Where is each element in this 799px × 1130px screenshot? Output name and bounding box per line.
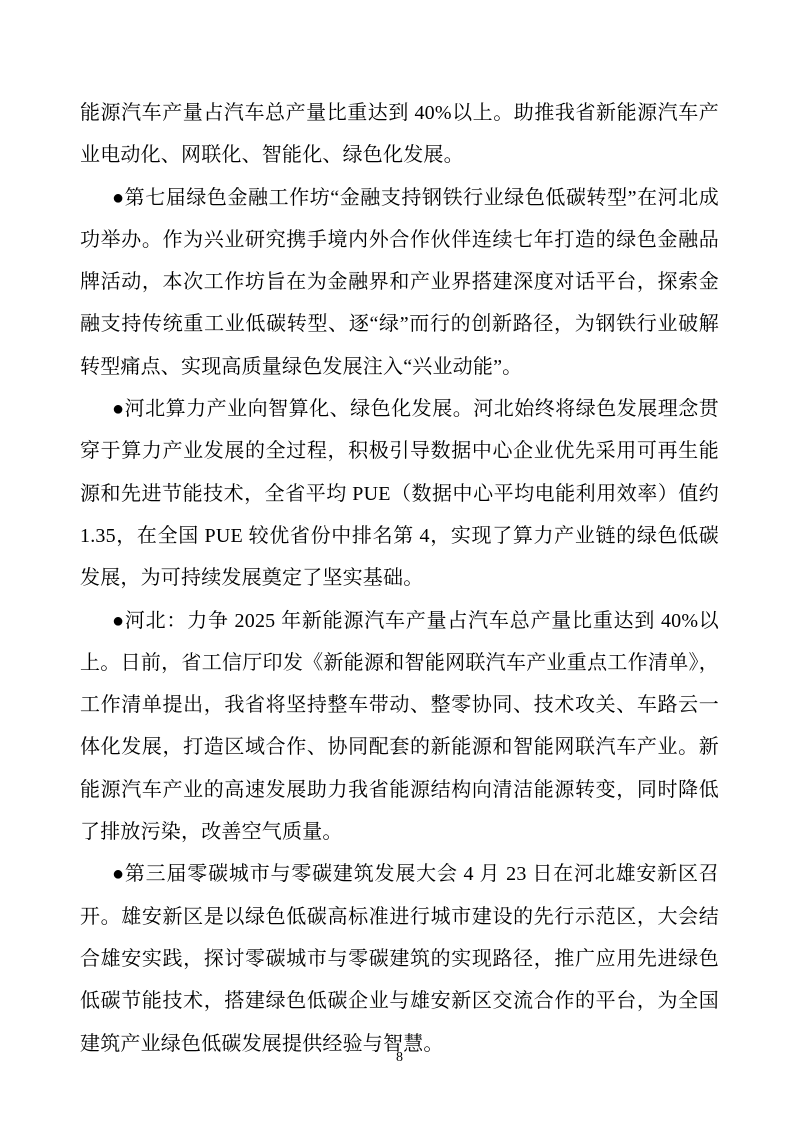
page-body: 能源汽车产量占汽车总产量比重达到 40%以上。助推我省新能源汽车产业电动化、网联… <box>80 92 719 1065</box>
paragraph-zero-carbon-conference: ●第三届零碳城市与零碳建筑发展大会 4 月 23 日在河北雄安新区召开。雄安新区… <box>80 853 719 1064</box>
paragraph-continuation: 能源汽车产量占汽车总产量比重达到 40%以上。助推我省新能源汽车产业电动化、网联… <box>80 92 719 177</box>
document-page: 能源汽车产量占汽车总产量比重达到 40%以上。助推我省新能源汽车产业电动化、网联… <box>0 0 799 1130</box>
paragraph-green-finance-workshop: ●第七届绿色金融工作坊“金融支持钢铁行业绿色低碳转型”在河北成功举办。作为兴业研… <box>80 177 719 388</box>
paragraph-hebei-nev-target: ●河北：力争 2025 年新能源汽车产量占汽车总产量比重达到 40%以上。日前，… <box>80 600 719 854</box>
page-number: 8 <box>396 1050 403 1065</box>
paragraph-hebei-computing-power: ●河北算力产业向智算化、绿色化发展。河北始终将绿色发展理念贯穿于算力产业发展的全… <box>80 388 719 599</box>
page-footer: 8 <box>0 1048 799 1068</box>
